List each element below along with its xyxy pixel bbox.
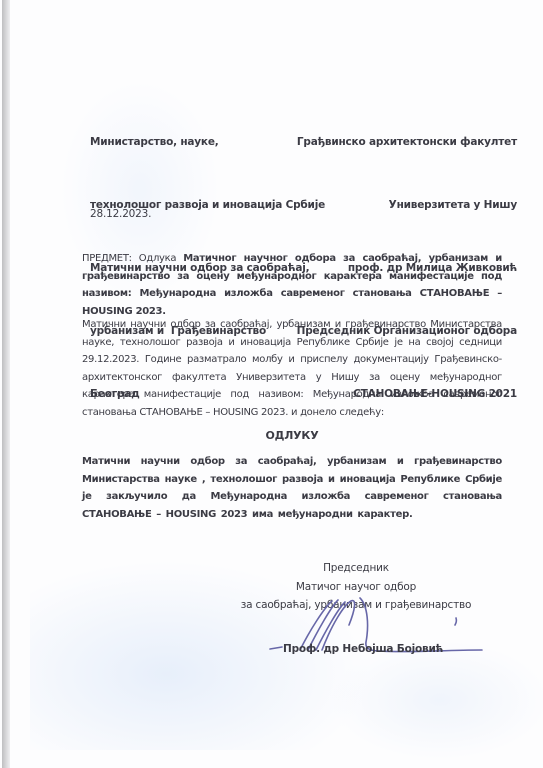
decision-heading: ОДЛУКУ bbox=[82, 429, 502, 442]
subject-paragraph: ПРЕДМЕТ: Одлука Матичног научног одбора … bbox=[82, 250, 502, 320]
recipient-line: Универзитета у Нишу bbox=[297, 195, 517, 216]
signatory-name: Проф. др Небојша Бојовић bbox=[283, 643, 443, 655]
document-date: 28.12.2023. bbox=[90, 208, 151, 220]
page-edge-shadow bbox=[2, 0, 10, 768]
signature-title-line: Председник bbox=[235, 559, 477, 578]
decision-paragraph: Матични научни одбор за саобраћај, урбан… bbox=[82, 453, 502, 523]
document-page: Министарство, науке, технолошог развоја … bbox=[0, 0, 543, 768]
sender-line: Министарство, науке, bbox=[90, 132, 325, 153]
recipient-line: Грађвинско архитектонски факултет bbox=[297, 132, 517, 153]
subject-label: ПРЕДМЕТ: Одлука bbox=[82, 253, 183, 264]
body-paragraph: Матични научни одбор за саобраћај, урбан… bbox=[82, 316, 502, 421]
